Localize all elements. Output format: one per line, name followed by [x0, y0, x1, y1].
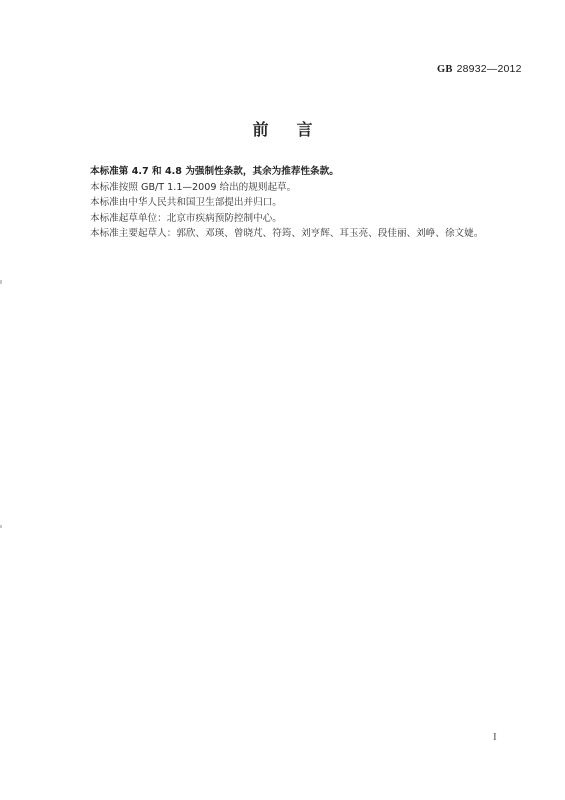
paragraph-proposer: 本标准由中华人民共和国卫生部提出并归口。 [90, 195, 510, 211]
page-title: 前言 [0, 117, 565, 140]
scan-artifact [0, 280, 2, 284]
paragraph-drafters: 本标准主要起草人：郭欣、邓瑛、曾晓芃、符筠、刘亨辉、耳玉亮、段佳丽、刘峥、徐文婕… [90, 226, 510, 242]
standard-code: GB28932—2012 [437, 63, 522, 75]
title-char-1: 前 [252, 120, 268, 139]
standard-prefix: GB [437, 64, 453, 75]
foreword-body: 本标准第 4.7 和 4.8 为强制性条款，其余为推荐性条款。 本标准按照 GB… [90, 164, 510, 242]
standard-number: 28932—2012 [457, 63, 522, 75]
paragraph-drafting-unit: 本标准起草单位：北京市疾病预防控制中心。 [90, 211, 510, 227]
page-number: I [493, 731, 497, 743]
paragraph-drafting-rules: 本标准按照 GB/T 1.1—2009 给出的规则起草。 [90, 180, 510, 196]
document-page: GB28932—2012 前言 本标准第 4.7 和 4.8 为强制性条款，其余… [0, 0, 565, 800]
title-char-2: 言 [297, 120, 313, 139]
scan-artifact [0, 525, 2, 528]
paragraph-mandatory-clauses: 本标准第 4.7 和 4.8 为强制性条款，其余为推荐性条款。 [90, 164, 510, 180]
